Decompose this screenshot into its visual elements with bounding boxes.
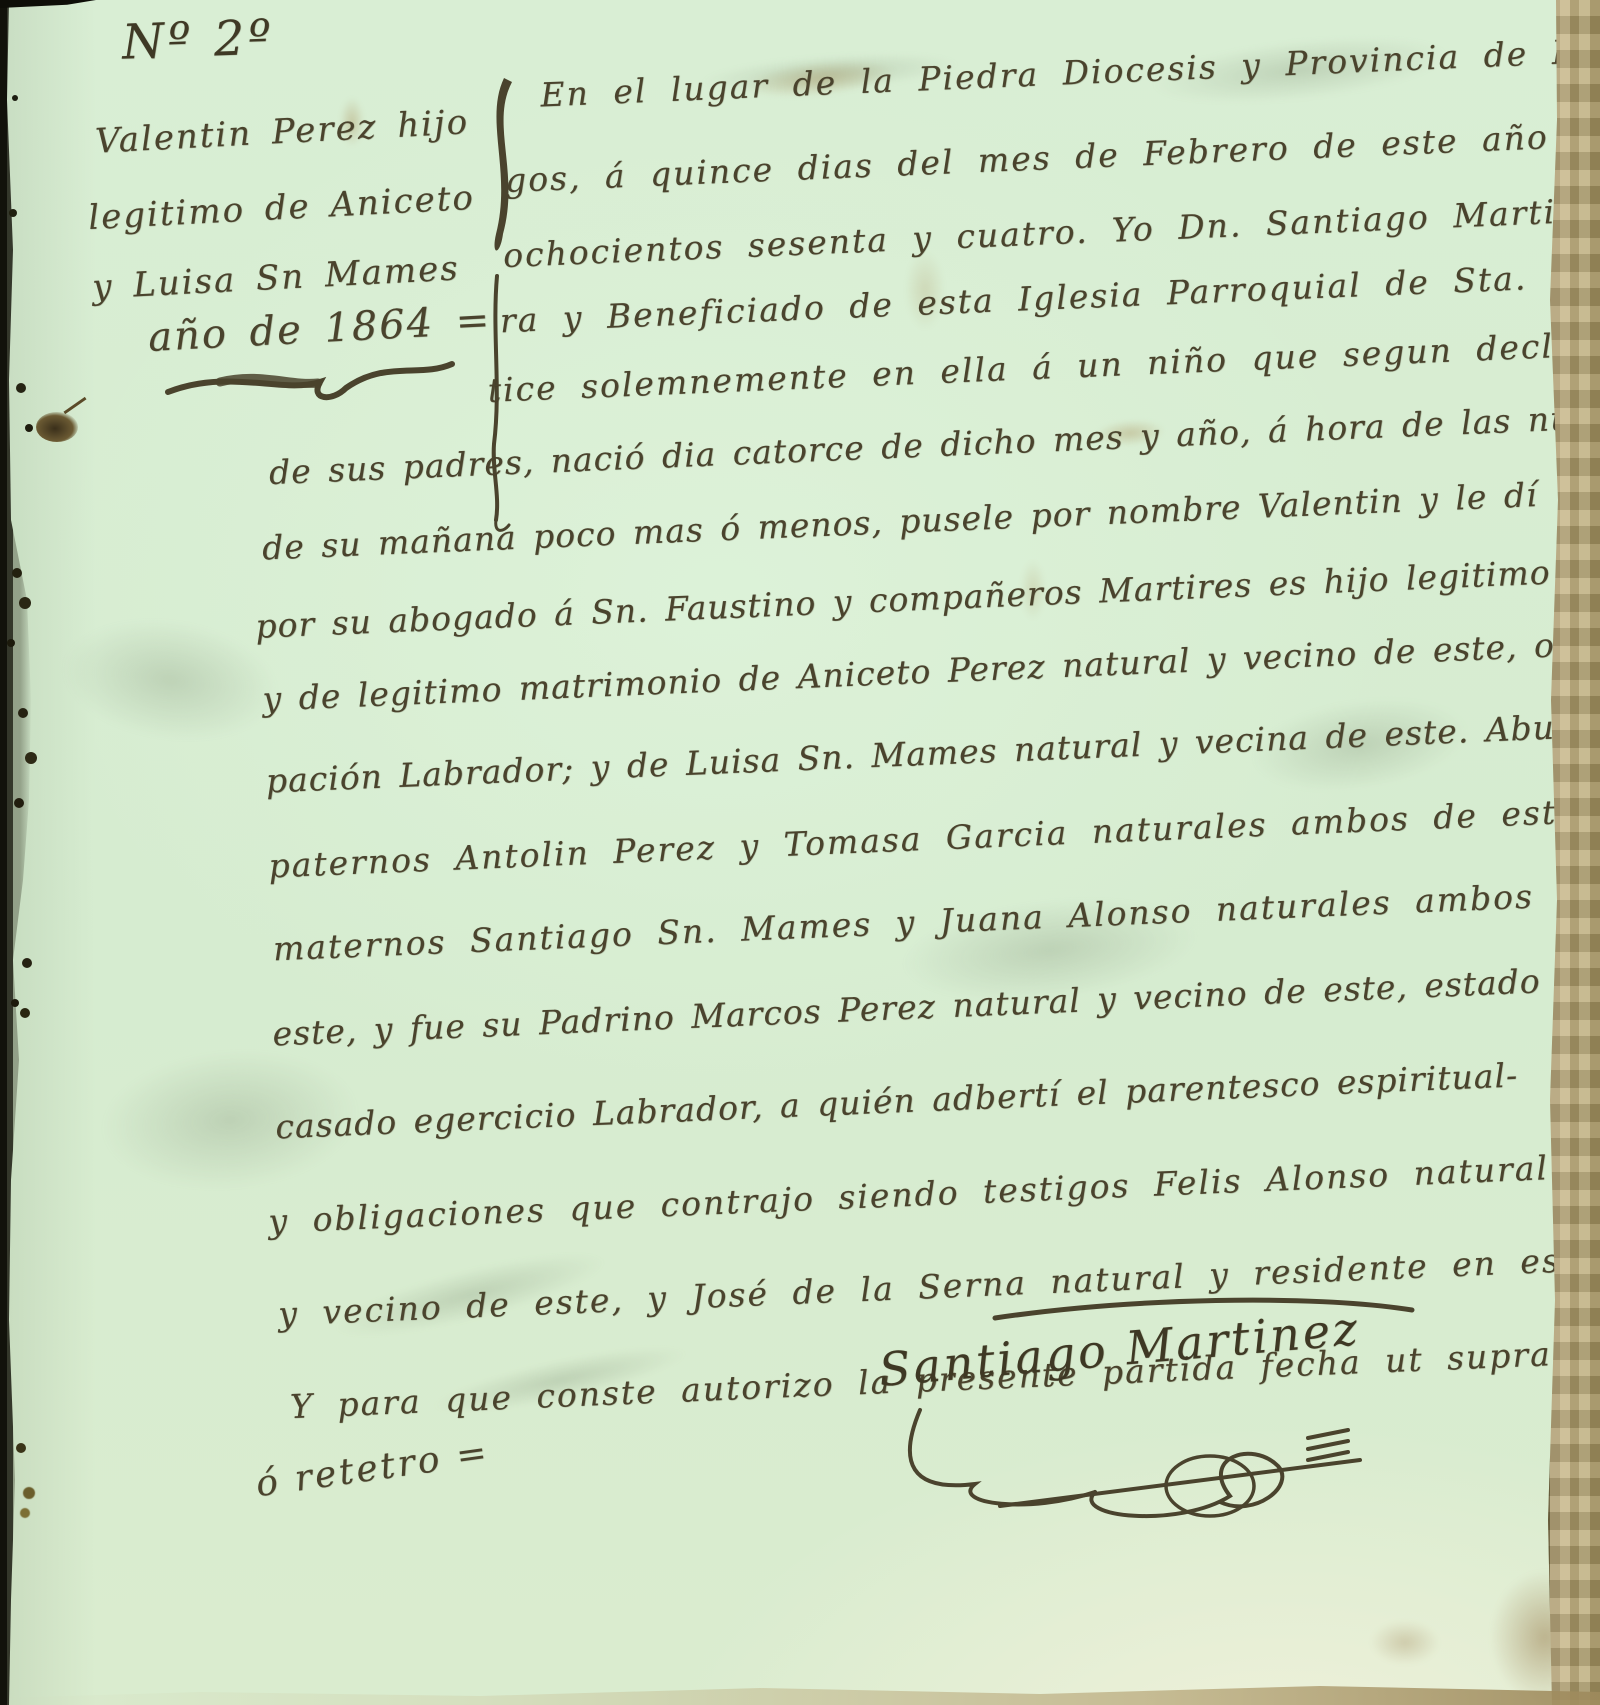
body-line: pación Labrador; y de Luisa Sn. Mames na… xyxy=(265,705,1600,801)
body-line: gos, á quince dias del mes de Febrero de… xyxy=(504,111,1600,200)
foxing-speckles xyxy=(12,95,18,101)
signature-rubric xyxy=(880,1290,1425,1520)
body-line: de sus padres, nació dia catorce de dich… xyxy=(268,396,1600,492)
body-line: casado egercicio Labrador, a quién adber… xyxy=(275,1055,1519,1146)
body-line: por su abogado á Sn. Faustino y compañer… xyxy=(255,553,1552,646)
body-line: maternos Santiago Sn. Mames y Juana Alon… xyxy=(272,874,1600,969)
body-line: En el lugar de la Piedra Diocesis y Prov… xyxy=(540,30,1600,115)
body-line: y de legitimo matrimonio de Aniceto Pere… xyxy=(262,623,1600,718)
body-line: este, y fue su Padrino Marcos Perez natu… xyxy=(272,961,1542,1053)
body-line: de su mañana poco mas ó menos, pusele po… xyxy=(261,475,1538,567)
body-line: paternos Antolin Perez y Tomasa Garcia n… xyxy=(268,791,1592,885)
body-line: y obligaciones que contrajo siendo testi… xyxy=(268,1148,1550,1241)
page-deckle-edge xyxy=(1548,0,1600,1705)
manuscript-page: Nº 2º Valentin Perez hijo legitimo de An… xyxy=(0,0,1600,1705)
ink-blot xyxy=(36,412,78,442)
